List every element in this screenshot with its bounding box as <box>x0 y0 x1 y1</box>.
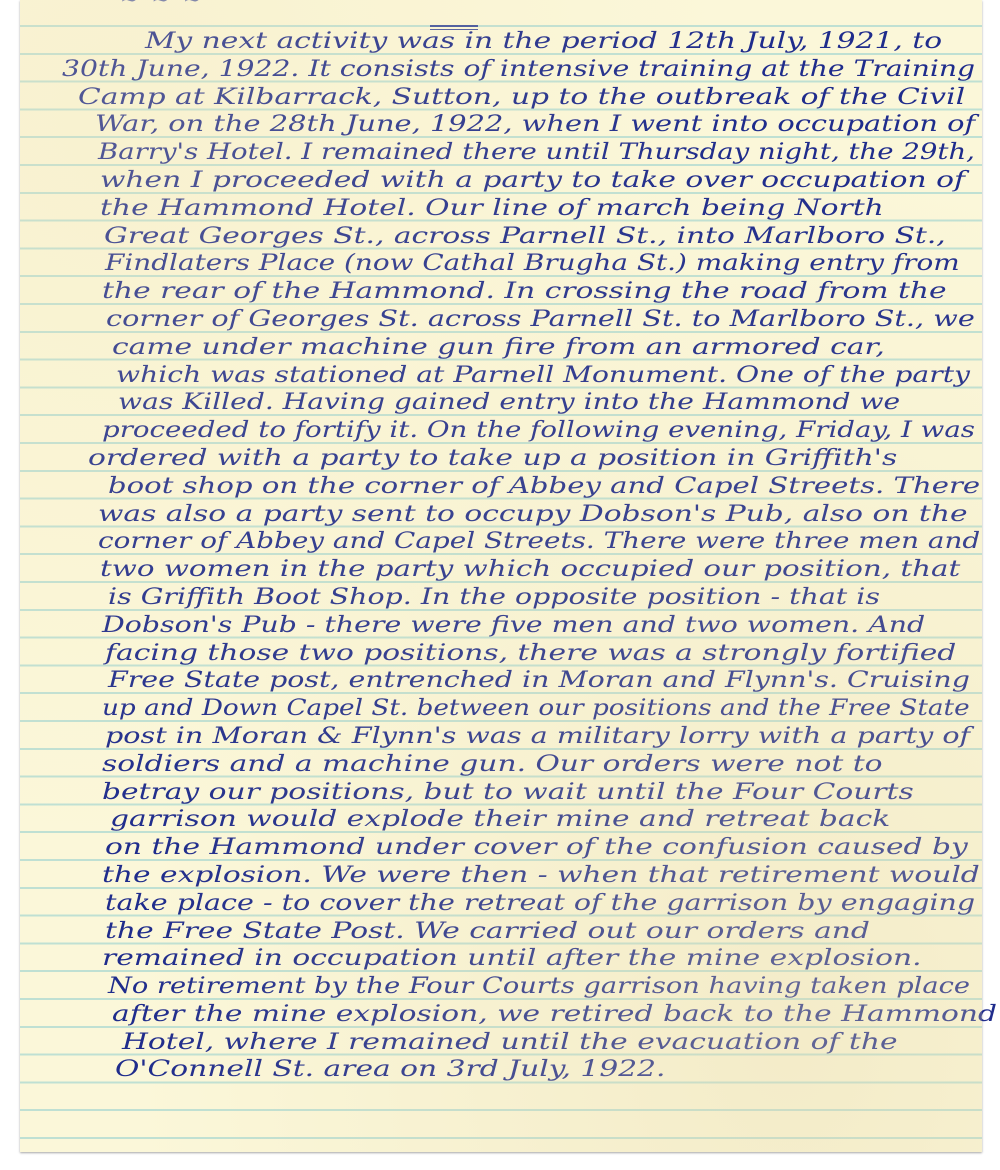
line-text: Barry's Hotel. I remained there until Th… <box>98 139 975 167</box>
line-text: corner of Abbey and Capel Streets. There… <box>98 528 980 556</box>
line-text: up and Down Capel St. between our positi… <box>102 695 970 723</box>
line-text: the rear of the Hammond. In crossing the… <box>102 278 947 306</box>
line-text: My next activity was in the period 12th … <box>145 28 942 56</box>
line-text: corner of Georges St. across Parnell St.… <box>106 306 975 334</box>
handwritten-line: garrison would explode their mine and re… <box>20 804 982 832</box>
handwritten-line: No retirement by the Four Courts garriso… <box>20 971 982 999</box>
handwritten-line: the Free State Post. We carried out our … <box>20 916 982 944</box>
line-text: facing those two positions, there was a … <box>105 640 956 668</box>
handwritten-line: Great Georges St., across Parnell St., i… <box>20 221 982 249</box>
line-text: soldiers and a machine gun. Our orders w… <box>102 751 883 779</box>
handwritten-line: is Griffith Boot Shop. In the opposite p… <box>20 582 982 610</box>
handwritten-line: the explosion. We were then - when that … <box>20 860 982 888</box>
line-text: came under machine gun fire from an armo… <box>112 334 885 362</box>
line-text: remained in occupation until after the m… <box>102 945 922 973</box>
line-text: on the Hammond under cover of the confus… <box>105 834 968 862</box>
line-text: Great Georges St., across Parnell St., i… <box>104 223 946 251</box>
handwritten-line: after the mine explosion, we retired bac… <box>20 999 982 1027</box>
line-text: O'Connell St. area on 3rd July, 1922. <box>115 1056 665 1084</box>
line-text: was also a party sent to occupy Dobson's… <box>98 501 968 529</box>
line-text: 30th June, 1922. It consists of intensiv… <box>62 56 975 84</box>
handwritten-line: the rear of the Hammond. In crossing the… <box>20 276 982 304</box>
handwritten-line: Dobson's Pub - there were five men and t… <box>20 610 982 638</box>
handwritten-line: Free State post, entrenched in Moran and… <box>20 665 982 693</box>
handwritten-line: Findlaters Place (now Cathal Brugha St.)… <box>20 248 982 276</box>
line-text: the explosion. We were then - when that … <box>102 862 980 890</box>
handwritten-line: 30th June, 1922. It consists of intensiv… <box>20 54 982 82</box>
handwritten-line: My next activity was in the period 12th … <box>20 26 982 54</box>
handwritten-line: was Killed. Having gained entry into the… <box>20 387 982 415</box>
handwritten-line: facing those two positions, there was a … <box>20 638 982 666</box>
top-edge-scribble: ~ ~ ~ <box>120 0 204 13</box>
line-text: post in Moran & Flynn's was a military l… <box>105 723 970 751</box>
handwritten-line: boot shop on the corner of Abbey and Cap… <box>20 471 982 499</box>
handwritten-line: Hotel, where I remained until the evacua… <box>20 1027 982 1055</box>
handwritten-line: corner of Abbey and Capel Streets. There… <box>20 526 982 554</box>
handwritten-line: when I proceeded with a party to take ov… <box>20 165 982 193</box>
line-text: garrison would explode their mine and re… <box>110 806 890 834</box>
handwritten-line: soldiers and a machine gun. Our orders w… <box>20 749 982 777</box>
line-text: Hotel, where I remained until the evacua… <box>122 1029 898 1057</box>
line-text: when I proceeded with a party to take ov… <box>100 167 965 195</box>
line-text: Findlaters Place (now Cathal Brugha St.)… <box>105 250 960 278</box>
line-text: proceeded to fortify it. On the followin… <box>102 417 975 445</box>
handwritten-line: corner of Georges St. across Parnell St.… <box>20 304 982 332</box>
handwritten-line: Barry's Hotel. I remained there until Th… <box>20 137 982 165</box>
handwritten-line: up and Down Capel St. between our positi… <box>20 693 982 721</box>
handwritten-line: proceeded to fortify it. On the followin… <box>20 415 982 443</box>
line-text: Free State post, entrenched in Moran and… <box>108 667 970 695</box>
line-text: Camp at Kilbarrack, Sutton, up to the ou… <box>78 84 965 112</box>
line-text: which was stationed at Parnell Monument.… <box>116 362 970 390</box>
handwritten-text-body: My next activity was in the period 12th … <box>20 26 982 1082</box>
handwritten-page: ~ ~ ~ My next activity was in the period… <box>20 0 982 1152</box>
line-text: Dobson's Pub - there were five men and t… <box>102 612 925 640</box>
handwritten-line: post in Moran & Flynn's was a military l… <box>20 721 982 749</box>
handwritten-line: was also a party sent to occupy Dobson's… <box>20 499 982 527</box>
handwritten-line: take place - to cover the retreat of the… <box>20 888 982 916</box>
handwritten-line: two women in the party which occupied ou… <box>20 554 982 582</box>
line-text: betray our positions, but to wait until … <box>102 779 914 807</box>
line-text: the Free State Post. We carried out our … <box>105 918 870 946</box>
line-text: is Griffith Boot Shop. In the opposite p… <box>108 584 880 612</box>
handwritten-line: which was stationed at Parnell Monument.… <box>20 360 982 388</box>
handwritten-line: ordered with a party to take up a positi… <box>20 443 982 471</box>
line-text: take place - to cover the retreat of the… <box>105 890 975 918</box>
line-text: after the mine explosion, we retired bac… <box>112 1001 997 1029</box>
line-text: boot shop on the corner of Abbey and Cap… <box>108 473 980 501</box>
handwritten-line: Camp at Kilbarrack, Sutton, up to the ou… <box>20 82 982 110</box>
handwritten-line: on the Hammond under cover of the confus… <box>20 832 982 860</box>
handwritten-line: came under machine gun fire from an armo… <box>20 332 982 360</box>
handwritten-line: remained in occupation until after the m… <box>20 943 982 971</box>
line-text: two women in the party which occupied ou… <box>100 556 960 584</box>
handwritten-line: O'Connell St. area on 3rd July, 1922. <box>20 1054 982 1082</box>
line-text: the Hammond Hotel. Our line of march bei… <box>100 195 884 223</box>
line-text: was Killed. Having gained entry into the… <box>118 389 900 417</box>
handwritten-line: the Hammond Hotel. Our line of march bei… <box>20 193 982 221</box>
handwritten-line: betray our positions, but to wait until … <box>20 777 982 805</box>
handwritten-line: War, on the 28th June, 1922, when I went… <box>20 109 982 137</box>
line-text: ordered with a party to take up a positi… <box>88 445 897 473</box>
line-text: No retirement by the Four Courts garriso… <box>108 973 970 1001</box>
line-text: War, on the 28th June, 1922, when I went… <box>95 111 975 139</box>
